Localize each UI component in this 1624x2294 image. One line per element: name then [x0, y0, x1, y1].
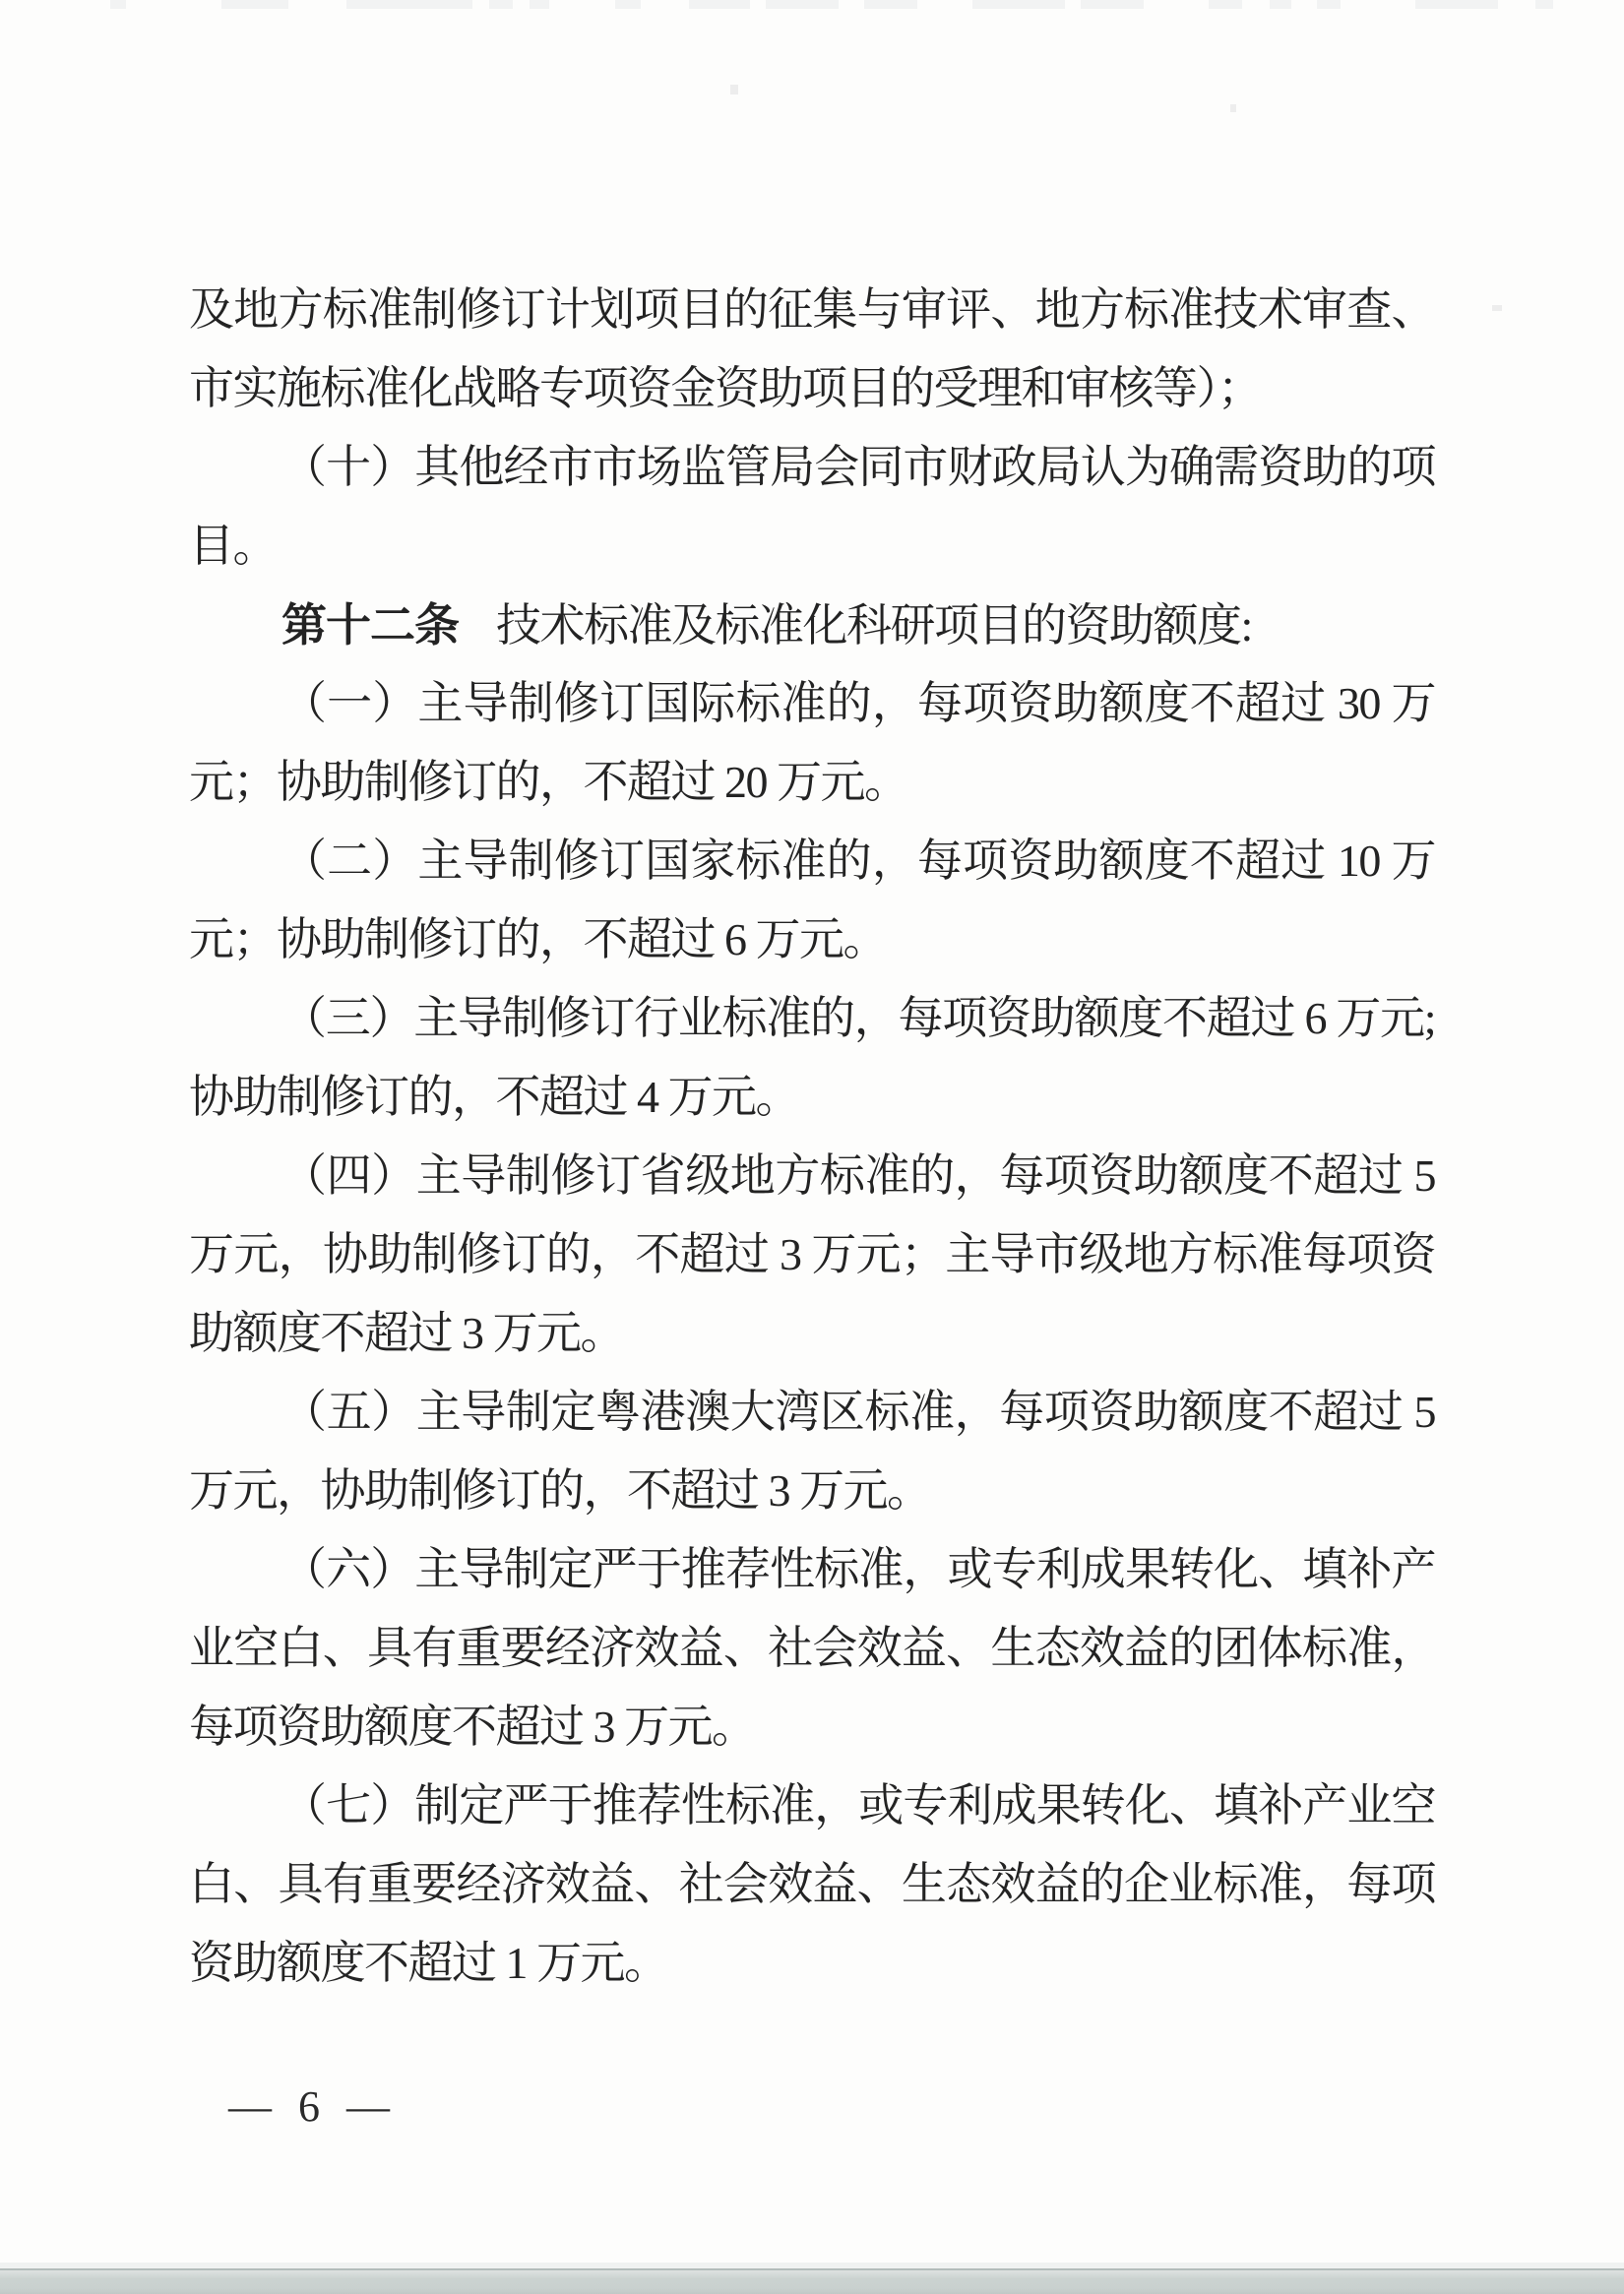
- text-line: 助额度不超过 3 万元。: [189, 1294, 1435, 1373]
- text-line: （十）其他经市市场监管局会同市财政局认为确需资助的项: [189, 428, 1435, 507]
- scan-edge-band: [0, 2268, 1624, 2294]
- text-line: 市实施标准化战略专项资金资助项目的受理和审核等）；: [189, 349, 1435, 428]
- article-title: 技术标准及标准化科研项目的资助额度:: [496, 600, 1252, 651]
- article-heading-line: 第十二条技术标准及标准化科研项目的资助额度:: [189, 586, 1435, 664]
- text-line: 业空白、具有重要经济效益、社会效益、生态效益的团体标准，: [189, 1609, 1435, 1688]
- text-line: （六）主导制定严于推荐性标准，或专利成果转化、填补产: [189, 1530, 1435, 1609]
- text-line: （四）主导制修订省级地方标准的，每项资助额度不超过 5: [189, 1137, 1435, 1215]
- text-line: 万元，协助制修订的，不超过 3 万元；主导市级地方标准每项资: [189, 1215, 1435, 1294]
- text-line: （七）制定严于推荐性标准，或专利成果转化、填补产业空: [189, 1767, 1435, 1845]
- text-line: 资助额度不超过 1 万元。: [189, 1924, 1435, 2003]
- text-line: 协助制修订的，不超过 4 万元。: [189, 1058, 1435, 1137]
- text-line: 元；协助制修订的，不超过 6 万元。: [189, 900, 1435, 979]
- page-number: — 6 —: [228, 2073, 398, 2141]
- text-line: 及地方标准制修订计划项目的征集与审评、地方标准技术审查、: [189, 271, 1435, 349]
- scan-speck: [730, 85, 738, 94]
- text-line: （三）主导制修订行业标准的，每项资助额度不超过 6 万元;: [189, 979, 1435, 1058]
- text-line: 每项资助额度不超过 3 万元。: [189, 1688, 1435, 1767]
- document-body: 及地方标准制修订计划项目的征集与审评、地方标准技术审查、 市实施标准化战略专项资…: [189, 271, 1435, 2003]
- text-line: （二）主导制修订国家标准的，每项资助额度不超过 10 万: [189, 822, 1435, 900]
- article-number: 第十二条: [281, 599, 459, 651]
- scan-speck: [1230, 104, 1236, 112]
- text-line: （一）主导制修订国际标准的，每项资助额度不超过 30 万: [189, 664, 1435, 743]
- text-line: 目。: [189, 507, 1435, 586]
- text-line: 白、具有重要经济效益、社会效益、生态效益的企业标准，每项: [189, 1845, 1435, 1924]
- text-line: 万元，协助制修订的，不超过 3 万元。: [189, 1452, 1435, 1530]
- scan-speck: [1492, 305, 1502, 311]
- text-line: 元；协助制修订的，不超过 20 万元。: [189, 743, 1435, 822]
- document-page: 及地方标准制修订计划项目的征集与审评、地方标准技术审查、 市实施标准化战略专项资…: [0, 0, 1624, 2294]
- text-line: （五）主导制定粤港澳大湾区标准，每项资助额度不超过 5: [189, 1373, 1435, 1452]
